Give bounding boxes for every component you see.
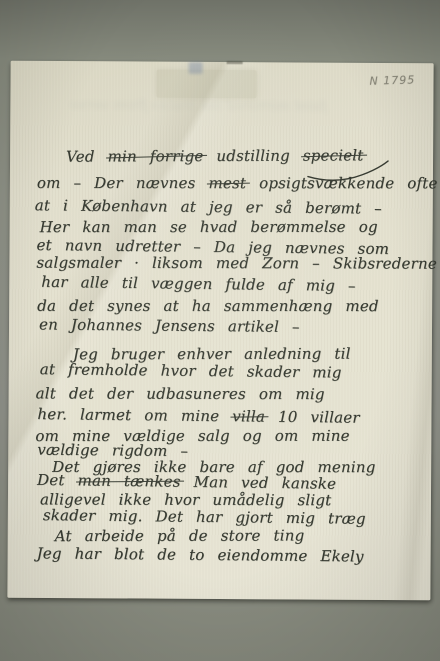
handwritten-words: alt det der udbasuneres om mig [36, 384, 325, 403]
handwritten-words: da det synes at ha sammenhæng med [37, 297, 379, 315]
manuscript-paper: faint mirrored ink traces from verso N 1… [7, 61, 433, 601]
manuscript-line: her. larmet om mine villa 10 villaer [37, 405, 359, 427]
handwritten-words: Ved [66, 147, 95, 165]
handwritten-words: udstilling [216, 147, 290, 165]
manuscript-line: salgsmaler · liksom med Zorn – Skibsrede… [36, 254, 437, 273]
manuscript-line: da det synes at ha sammenhæng med [37, 297, 379, 315]
manuscript-line: har alle til væggen fulde af mig – [41, 273, 356, 295]
struck-words: man tænkes [77, 471, 180, 490]
handwritten-words: At arbeide på de store ting [55, 526, 305, 545]
handwritten-words: 10 villaer [278, 408, 360, 427]
struck-words: min forrige [108, 147, 204, 165]
handwritten-words: har alle til væggen fulde af mig – [41, 273, 356, 295]
handwritten-words: opsigtsvækkende ofte [259, 174, 438, 192]
struck-words: mest [208, 174, 246, 192]
handwritten-words: salgsmaler · liksom med Zorn – Skibsrede… [36, 254, 437, 273]
manuscript-line: skader mig. Det har gjort mig træg [43, 506, 366, 528]
struck-words: villa [232, 407, 265, 425]
handwritten-words: en Johannes Jensens artikel – [39, 315, 300, 336]
manuscript-line: Ved min forrige udstilling specielt [66, 146, 364, 165]
handwritten-words: om – Der nævnes [37, 174, 196, 192]
struck-words: specielt [303, 146, 364, 164]
manuscript-line: at i København at jeg er så berømt – [35, 196, 382, 217]
manuscript-line: om – Der nævnes mest opsigtsvækkende oft… [37, 174, 438, 192]
manuscript-line: alt det der udbasuneres om mig [36, 384, 325, 403]
handwritten-words: skader mig. Det har gjort mig træg [43, 506, 366, 528]
handwritten-words: her. larmet om mine [37, 405, 219, 425]
handwritten-words: Det [37, 471, 65, 489]
handwritten-text: Ved min forrige udstilling specieltom – … [7, 61, 433, 601]
manuscript-line: At arbeide på de store ting [55, 526, 305, 545]
handwritten-words: Jeg har blot de to eiendomme Ekely [37, 544, 364, 565]
handwritten-words: Her kan man se hvad berømmelse og [40, 218, 378, 236]
handwritten-words: at fremholde hvor det skader mig [40, 360, 342, 381]
manuscript-line: Det man tænkes Man ved kanske [37, 471, 336, 493]
manuscript-line: Her kan man se hvad berømmelse og [40, 218, 378, 236]
manuscript-line: en Johannes Jensens artikel – [39, 315, 300, 336]
handwritten-words: Man ved kanske [193, 473, 336, 493]
handwritten-words: at i København at jeg er så berømt – [35, 196, 382, 217]
photo-background: faint mirrored ink traces from verso N 1… [0, 0, 440, 661]
manuscript-line: Jeg har blot de to eiendomme Ekely [37, 544, 364, 565]
manuscript-line: at fremholde hvor det skader mig [40, 360, 342, 381]
